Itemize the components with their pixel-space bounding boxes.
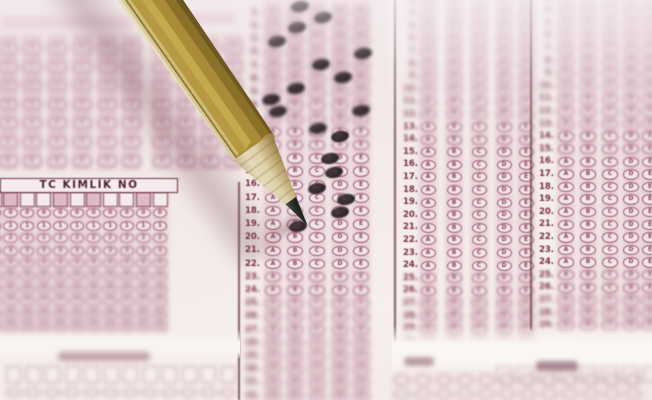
- answer-bubble: [541, 389, 557, 399]
- bottomleft-box: [84, 366, 99, 383]
- bottomleft-box: [201, 366, 216, 383]
- answer-bubble: [562, 375, 578, 385]
- answer-bubble: [520, 375, 536, 385]
- answer-bubble: [541, 375, 557, 385]
- bottomright-box: [643, 366, 652, 382]
- answer-bubble: [64, 388, 79, 397]
- answer-bubble: [394, 389, 410, 399]
- bottomleft-box: [162, 366, 177, 383]
- answer-bubble: [220, 388, 235, 397]
- bottomright-header-smudge: [404, 357, 434, 366]
- answer-bubble: [583, 375, 599, 385]
- answer-bubble: [625, 389, 641, 399]
- bottomleft-header-smudge: [58, 352, 150, 361]
- answer-bubble: [415, 375, 431, 385]
- answer-bubble: [478, 389, 494, 399]
- answer-bubble: [604, 375, 620, 385]
- bottomleft-box: [182, 366, 197, 383]
- answer-bubble: [415, 389, 431, 399]
- answer-bubble: [436, 389, 452, 399]
- answer-bubble: [625, 375, 641, 385]
- answer-bubble: [499, 375, 515, 385]
- answer-bubble: [457, 389, 473, 399]
- answer-bubble: [201, 388, 216, 397]
- answer-bubble: [123, 388, 138, 397]
- answer-bubble: [25, 388, 40, 397]
- bottomleft-box: [123, 366, 138, 383]
- answer-bubble: [45, 388, 60, 397]
- answer-bubble: [142, 388, 157, 397]
- bottomleft-box: [65, 366, 80, 383]
- answer-bubble: [162, 388, 177, 397]
- answer-bubble: [604, 389, 620, 399]
- answer-bubble: [457, 375, 473, 385]
- answer-bubble: [181, 388, 196, 397]
- answer-bubble: [394, 375, 410, 385]
- answer-bubble: [478, 375, 494, 385]
- bottomleft-box: [104, 366, 119, 383]
- bottomleft-box: [45, 366, 60, 383]
- answer-bubble: [103, 388, 118, 397]
- answer-bubble: [583, 389, 599, 399]
- answer-bubble: [436, 375, 452, 385]
- answer-bubble: [84, 388, 99, 397]
- answer-sheet-photo: 3.ABCDE4.ABCDE5.ABCDE6.ABCDE7.ABCDE8.ABC…: [0, 0, 652, 400]
- answer-bubble: [6, 388, 21, 397]
- bottomleft-box: [26, 366, 41, 383]
- bottomleft-box: [221, 366, 236, 383]
- answer-bubble: [562, 389, 578, 399]
- answer-bubble: [499, 389, 515, 399]
- bottomleft-box: [143, 366, 158, 383]
- answer-bubble: [520, 389, 536, 399]
- bottomleft-box: [6, 366, 21, 383]
